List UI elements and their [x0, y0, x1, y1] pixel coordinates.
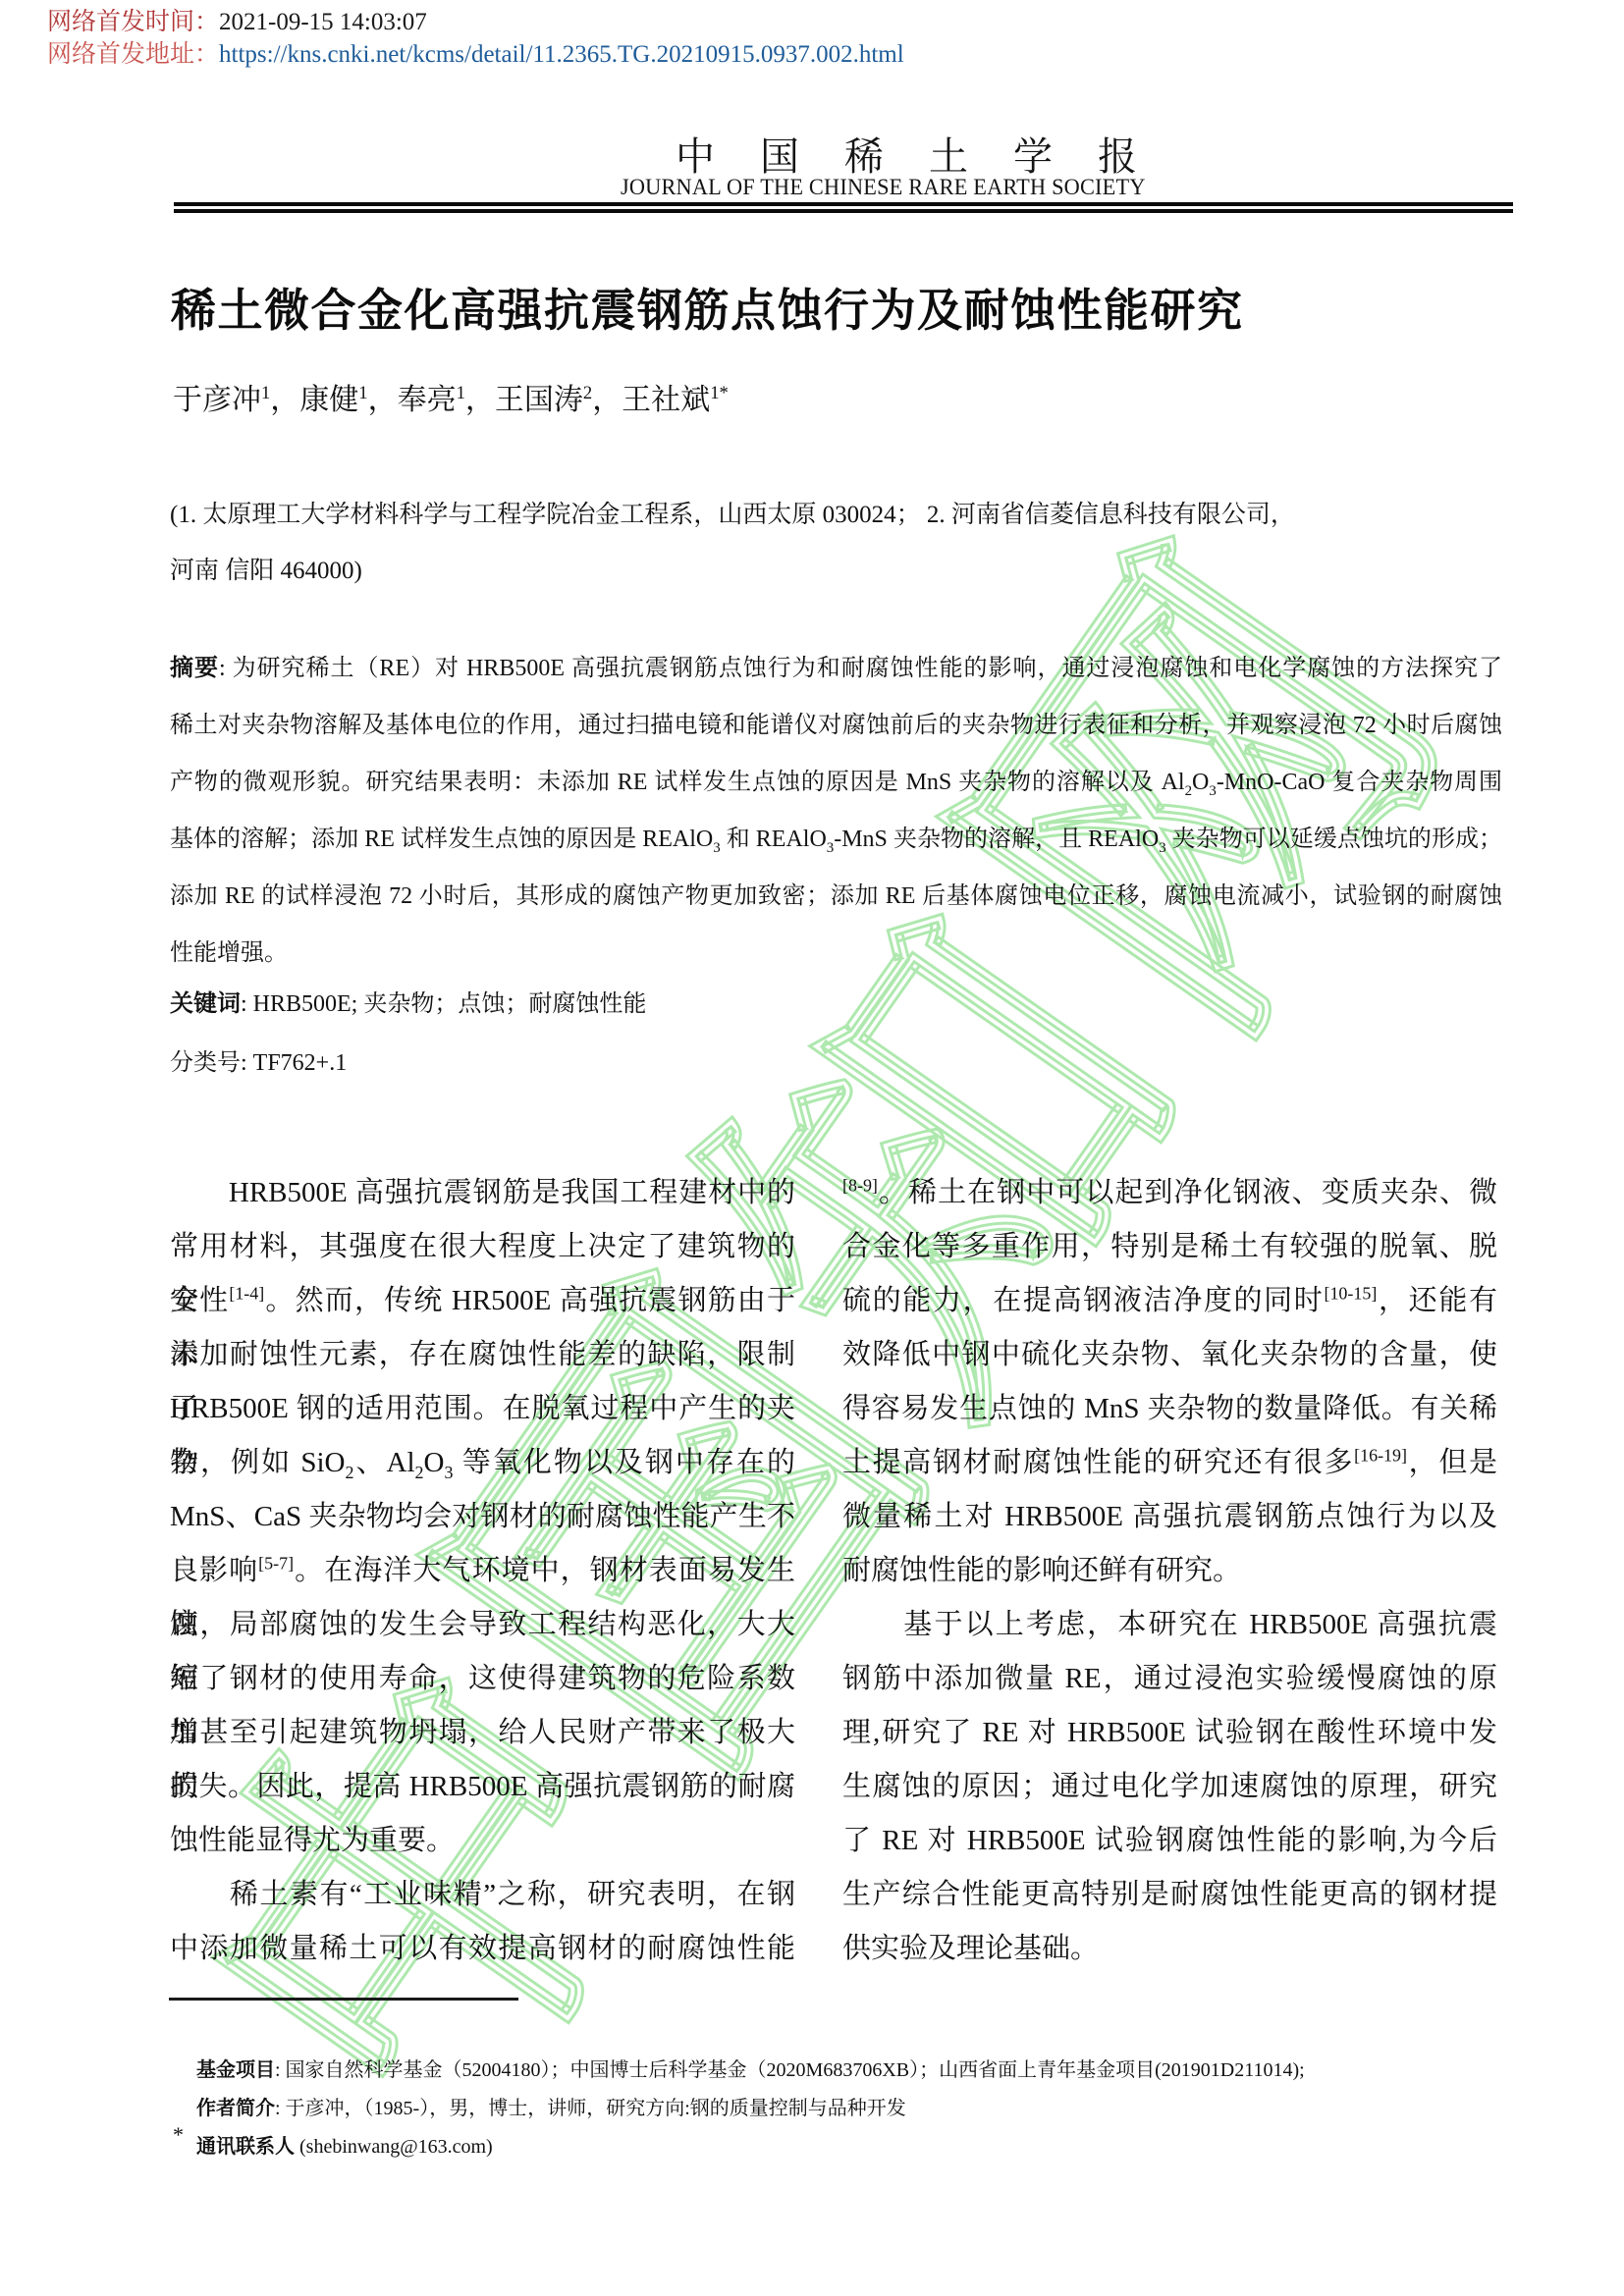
body-line: 土提高钢材耐腐蚀性能的研究还有很多[16-19]，但是	[842, 1436, 1497, 1490]
body-line: 微量稀土对 HRB500E 高强抗震钢筋点蚀行为以及	[842, 1490, 1497, 1544]
body-line: 生产综合性能更高特别是耐腐蚀性能更高的钢材提	[842, 1868, 1497, 1922]
body-line: 常用材料，其强度在很大程度上决定了建筑物的安	[170, 1220, 795, 1274]
abstract-line: 添加 RE 的试样浸泡 72 小时后，其形成的腐蚀产物更加致密；添加 RE 后基…	[170, 868, 1502, 925]
affiliation-line: (1. 太原理工大学材料科学与工程学院冶金工程系，山西太原 030024； 2.…	[170, 487, 1510, 543]
affiliation-line: 河南 信阳 464000)	[170, 543, 1510, 599]
body-line: [8-9]。稀土在钢中可以起到净化钢液、变质夹杂、微	[842, 1166, 1497, 1220]
corresponding-author-star: *	[173, 2122, 184, 2148]
body-line: 合金化等多重作用，特别是稀土有较强的脱氧、脱	[842, 1220, 1497, 1274]
body-line: 中添加微量稀土可以有效提高钢材的耐腐蚀性能	[170, 1922, 795, 1976]
body-line: 耐腐蚀性能的影响还鲜有研究。	[842, 1544, 1497, 1598]
author-list: 于彦冲1，康健1，奉亮1，王国涛2，王社斌1*	[173, 375, 729, 418]
affiliation: (1. 太原理工大学材料科学与工程学院冶金工程系，山西太原 030024； 2.…	[170, 487, 1510, 599]
journal-title-en: JOURNAL OF THE CHINESE RARE EARTH SOCIET…	[621, 175, 1146, 200]
body-line: HRB500E 高强抗震钢筋是我国工程建材中的	[170, 1166, 795, 1220]
body-line: 良影响[5-7]。在海洋大气环境中，钢材表面易发生腐	[170, 1544, 795, 1598]
page: 中国知网 网络首发时间：2021-09-15 14:03:07 网络首发地址：h…	[0, 0, 1624, 2296]
author-bio-line: 作者简介: 于彦冲，（1985-），男，博士，讲师，研究方向:钢的质量控制与品种…	[196, 2092, 906, 2120]
body-line: 供实验及理论基础。	[842, 1922, 1497, 1976]
abstract-line: 摘要: 为研究稀土（RE）对 HRB500E 高强抗震钢筋点蚀行为和耐腐蚀性能的…	[170, 640, 1502, 697]
funding-line: 基金项目: 国家自然科学基金（52004180）；中国博士后科学基金（2020M…	[196, 2054, 1305, 2082]
body-line: 全性[1-4]。然而，传统 HR500E 高强抗震钢筋由于未	[170, 1274, 795, 1328]
abstract-line: 性能增强。	[170, 925, 1502, 982]
body-line: 短了钢材的使用寿命，这使得建筑物的危险系数增	[170, 1652, 795, 1706]
preprint-url-row: 网络首发地址：https://kns.cnki.net/kcms/detail/…	[47, 40, 904, 70]
body-line: 物，例如 SiO2、Al2O3 等氧化物以及钢中存在的	[170, 1436, 795, 1490]
article-title: 稀土微合金化高强抗震钢筋点蚀行为及耐蚀性能研究	[171, 275, 1244, 340]
body-line: 效降低中钢中硫化夹杂物、氧化夹杂物的含量，使	[842, 1328, 1497, 1382]
body-line: 损失。因此，提高 HRB500E 高强抗震钢筋的耐腐	[170, 1760, 795, 1814]
journal-title-cn: 中国稀土学报	[676, 126, 1182, 182]
preprint-time-row: 网络首发时间：2021-09-15 14:03:07	[47, 8, 427, 37]
preprint-time-value: 2021-09-15 14:03:07	[219, 9, 427, 35]
preprint-url-link[interactable]: https://kns.cnki.net/kcms/detail/11.2365…	[219, 41, 904, 68]
body-line: MnS、CaS 夹杂物均会对钢材的耐腐蚀性能产生不	[170, 1490, 795, 1544]
body-line: 生腐蚀的原因；通过电化学加速腐蚀的原理，研究	[842, 1760, 1497, 1814]
body-line: 加甚至引起建筑物坍塌，给人民财产带来了极大的	[170, 1706, 795, 1760]
preprint-time-label: 网络首发时间：	[47, 9, 219, 35]
abstract-line: 基体的溶解；添加 RE 试样发生点蚀的原因是 REAlO3 和 REAlO3-M…	[170, 811, 1502, 868]
body-line: 基于以上考虑，本研究在 HRB500E 高强抗震	[842, 1598, 1497, 1652]
body-line: HRB500E 钢的适用范围。在脱氧过程中产生的夹杂	[170, 1382, 795, 1436]
abstract: 摘要: 为研究稀土（RE）对 HRB500E 高强抗震钢筋点蚀行为和耐腐蚀性能的…	[170, 640, 1502, 982]
abstract-line: 产物的微观形貌。研究结果表明：未添加 RE 试样发生点蚀的原因是 MnS 夹杂物…	[170, 754, 1502, 811]
body-column-left: HRB500E 高强抗震钢筋是我国工程建材中的常用材料，其强度在很大程度上决定了…	[170, 1166, 795, 1976]
corresponding-author-line: 通讯联系人 (shebinwang@163.com)	[196, 2130, 493, 2159]
preprint-url-label: 网络首发地址：	[47, 41, 219, 68]
body-line: 了 RE 对 HRB500E 试验钢腐蚀性能的影响,为今后	[842, 1814, 1497, 1868]
body-line: 得容易发生点蚀的 MnS 夹杂物的数量降低。有关稀	[842, 1382, 1497, 1436]
body-column-right: [8-9]。稀土在钢中可以起到净化钢液、变质夹杂、微合金化等多重作用，特别是稀土…	[842, 1166, 1497, 1976]
body-line: 添加耐蚀性元素，存在腐蚀性能差的缺陷，限制了	[170, 1328, 795, 1382]
abstract-line: 稀土对夹杂物溶解及基体电位的作用，通过扫描电镜和能谱仪对腐蚀前后的夹杂物进行表征…	[170, 697, 1502, 754]
footnote-rule	[169, 1998, 518, 2001]
body-line: 蚀，局部腐蚀的发生会导致工程结构恶化，大大缩	[170, 1598, 795, 1652]
keywords-line: 关键词: HRB500E; 夹杂物；点蚀；耐腐蚀性能	[170, 984, 646, 1018]
masthead-double-rule	[174, 202, 1513, 213]
body-line: 理,研究了 RE 对 HRB500E 试验钢在酸性环境中发	[842, 1706, 1497, 1760]
classification-line: 分类号: TF762+.1	[170, 1042, 347, 1077]
body-line: 蚀性能显得尤为重要。	[170, 1814, 795, 1868]
body-line: 稀土素有“工业味精”之称，研究表明，在钢	[170, 1868, 795, 1922]
body-line: 钢筋中添加微量 RE，通过浸泡实验缓慢腐蚀的原	[842, 1652, 1497, 1706]
body-line: 硫的能力，在提高钢液洁净度的同时[10-15]，还能有	[842, 1274, 1497, 1328]
